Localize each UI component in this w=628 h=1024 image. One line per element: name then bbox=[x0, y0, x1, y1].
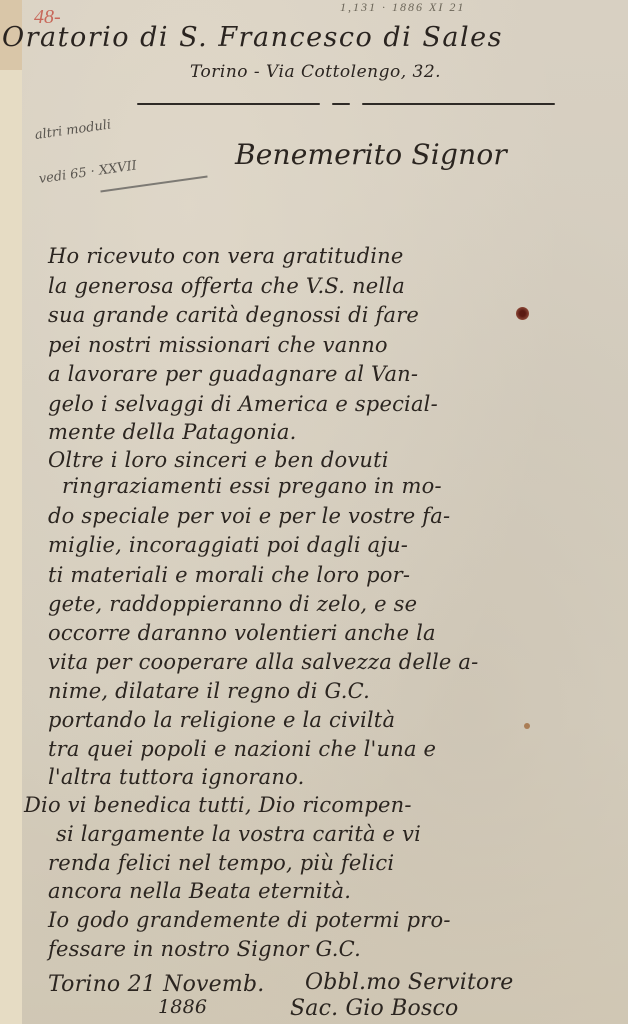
body-line: ringraziamenti essi pregano in mo- bbox=[62, 474, 442, 498]
body-line: Dio vi benedica tutti, Dio ricompen- bbox=[24, 793, 412, 817]
body-line: l'altra tuttora ignorano. bbox=[48, 765, 304, 789]
body-line: la generosa offerta che V.S. nella bbox=[48, 274, 405, 298]
body-line: gete, raddoppieranno di zelo, e se bbox=[48, 592, 417, 616]
body-line: miglie, incoraggiati poi dagli aju- bbox=[48, 533, 408, 557]
body-line: si largamente la vostra carità e vi bbox=[56, 822, 421, 846]
body-line: ti materiali e morali che loro por- bbox=[48, 563, 410, 587]
letterhead-address: Torino - Via Cottolengo, 32. bbox=[190, 62, 441, 82]
foxing-spot bbox=[524, 723, 530, 729]
letterhead-divider-right bbox=[362, 103, 555, 105]
body-line: do speciale per voi e per le vostre fa- bbox=[48, 504, 450, 528]
body-line: portando la religione e la civiltà bbox=[48, 708, 395, 732]
body-line: gelo i selvaggi di America e special- bbox=[48, 392, 438, 416]
signature: Sac. Gio Bosco bbox=[290, 996, 458, 1021]
body-line: a lavorare per guadagnare al Van- bbox=[48, 362, 418, 386]
body-line: pei nostri missionari che vanno bbox=[48, 333, 388, 357]
left-margin-strip bbox=[0, 70, 22, 1024]
body-line: mente della Patagonia. bbox=[48, 420, 297, 444]
body-line: renda felici nel tempo, più felici bbox=[48, 851, 394, 875]
body-line: occorre daranno volentieri anche la bbox=[48, 621, 436, 645]
letterhead-divider-center bbox=[332, 103, 350, 105]
body-line: sua grande carità degnossi di fare bbox=[48, 303, 419, 327]
body-line: fessare in nostro Signor G.C. bbox=[48, 937, 361, 961]
body-line: Io godo grandemente di potermi pro- bbox=[48, 908, 451, 932]
salutation: Benemerito Signor bbox=[235, 138, 507, 171]
letterhead-divider-left bbox=[137, 103, 320, 105]
archive-stamp: 1,131 · 1886 XI 21 bbox=[340, 0, 465, 15]
closing-valediction: Obbl.mo Servitore bbox=[305, 970, 513, 995]
body-line: Oltre i loro sinceri e ben dovuti bbox=[48, 448, 389, 472]
body-line: vita per cooperare alla salvezza delle a… bbox=[48, 650, 478, 674]
body-line: ancora nella Beata eternità. bbox=[48, 879, 351, 903]
body-line: Ho ricevuto con vera gratitudine bbox=[48, 244, 403, 268]
letterhead-title: Oratorio di S. Francesco di Sales bbox=[2, 22, 503, 53]
closing-place-date: Torino 21 Novemb. bbox=[48, 972, 264, 997]
closing-year: 1886 bbox=[158, 996, 207, 1018]
ink-blot bbox=[516, 307, 529, 320]
body-line: tra quei popoli e nazioni che l'una e bbox=[48, 737, 436, 761]
body-line: nime, dilatare il regno di G.C. bbox=[48, 679, 370, 703]
